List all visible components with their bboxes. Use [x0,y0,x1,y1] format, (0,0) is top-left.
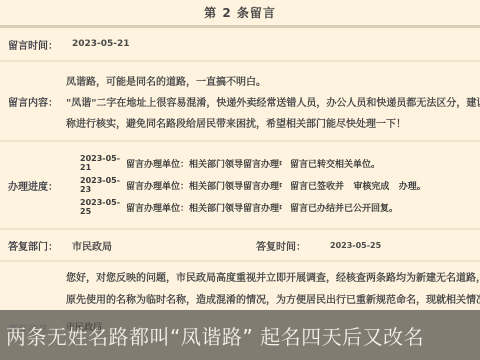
progress-status: 留言已签收并 审核完成 办理。 [282,179,480,192]
progress-status: 留言已办结并已公开回复。 [282,201,480,214]
content-line: 凤谐路，可能是同名的道路，一直搞不明白。 [66,72,480,93]
content-line: "凤谐"二字在地址上很容易混淆，快递外卖经常送错人员，办公人员和快递员都无法区分… [66,93,480,114]
progress-dept: 留言办理单位：相关部门领导留言办理中心 [122,201,282,214]
progress-dept: 留言办理单位：相关部门领导留言办理中心 [122,157,282,170]
page-title: 第 2 条留言 [204,4,276,21]
reply-time-value: 2023-05-25 [320,241,381,250]
progress-status: 留言已转交相关单位。 [282,157,480,170]
progress-item: 2023-05-23 留言办理单位：相关部门领导留言办理中心 留言已签收并 审核… [66,174,480,196]
progress-date: 2023-05-21 [66,154,122,172]
reply-time-label: 答复时间： [256,238,320,253]
progress-dept: 留言办理单位：相关部门领导留言办理中心 [122,179,282,192]
message-time-row: 留言时间： 2023-05-21 [0,28,480,62]
progress-date: 2023-05-25 [66,198,122,216]
message-content-label: 留言内容： [0,62,66,140]
progress-list: 2023-05-21 留言办理单位：相关部门领导留言办理中心 留言已转交相关单位… [66,142,480,228]
progress-item: 2023-05-25 留言办理单位：相关部门领导留言办理中心 留言已办结并已公开… [66,196,480,218]
reply-line: 您好，对您反映的问题，市民政局高度重视并立即开展调查，经核查两条路均为新建无名道… [66,268,480,290]
message-time-value: 2023-05-21 [66,28,480,60]
message-detail-page: 第 2 条留言 留言时间： 2023-05-21 留言内容： 凤谐路，可能是同名… [0,0,480,360]
reply-signature: 市民政局 [66,320,102,333]
message-time-label: 留言时间： [0,28,66,60]
reply-line: 原先使用的名称为临时名称，造成混淆的情况，为方便居民出行已重新规范命名，现就相关… [66,290,480,312]
progress-date: 2023-05-23 [66,176,122,194]
reply-department-label: 答复部门： [0,238,66,253]
page-title-bar: 第 2 条留言 [0,0,480,28]
message-content-row: 留言内容： 凤谐路，可能是同名的道路，一直搞不明白。 "凤谐"二字在地址上很容易… [0,62,480,142]
reply-department-row: 答复部门： 市民政局 答复时间： 2023-05-25 [0,230,480,262]
reply-department-value: 市民政局 [66,238,256,253]
message-content-text: 凤谐路，可能是同名的道路，一直搞不明白。 "凤谐"二字在地址上很容易混淆，快递外… [66,62,480,140]
progress-row: 办理进度： 2023-05-21 留言办理单位：相关部门领导留言办理中心 留言已… [0,142,480,230]
progress-item: 2023-05-21 留言办理单位：相关部门领导留言办理中心 留言已转交相关单位… [66,152,480,174]
news-caption-overlay: 两条无姓名路都叫“凤谐路” 起名四天后又改名 [0,310,480,360]
progress-label: 办理进度： [0,142,66,228]
content-line: 称进行核实，避免同名路段给居民带来困扰，希望相关部门能尽快处理一下！ [66,114,480,135]
